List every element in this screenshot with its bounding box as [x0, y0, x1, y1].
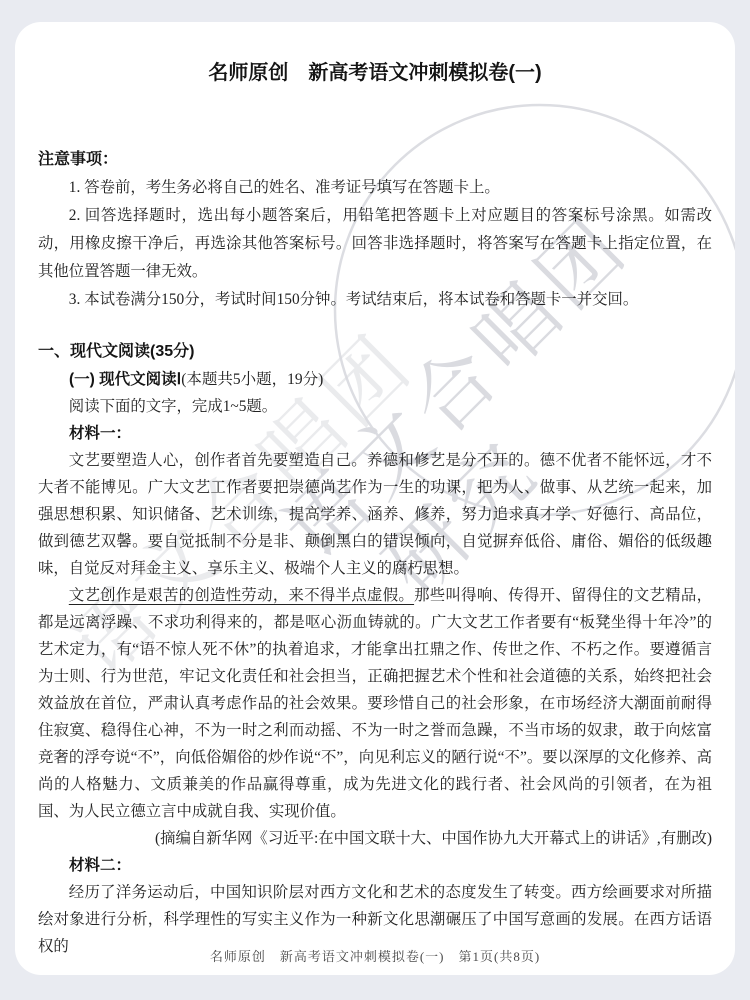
- page-footer: 名师原创 新高考语文冲刺模拟卷(一) 第1页(共8页): [15, 947, 735, 967]
- notice-item-1: 1. 答卷前，考生务必将自己的姓名、准考证号填写在答题卡上。: [38, 174, 712, 202]
- notice-heading: 注意事项：: [38, 146, 712, 174]
- notice-item-3: 3. 本试卷满分150分，考试时间150分钟。考试结束后，将本试卷和答题卡一并交…: [38, 286, 712, 314]
- paragraph-text: 那些叫得响、传得开、留得住的文艺精品，都是远离浮躁、不求功利得来的，都是呕心沥血…: [38, 587, 712, 820]
- material-1-paragraph-2: 文艺创作是艰苦的创造性劳动，来不得半点虚假。那些叫得响、传得开、留得住的文艺精品…: [38, 582, 712, 825]
- exam-paper-page: 语文合唱团 研究 语文合唱团 名师原创 新高考语文冲刺模拟卷(一) 注意事项： …: [15, 22, 735, 975]
- exam-content: 名师原创 新高考语文冲刺模拟卷(一) 注意事项： 1. 答卷前，考生务必将自己的…: [15, 58, 735, 960]
- subsection-heading-note: (本题共5小题，19分): [181, 371, 323, 388]
- subsection-heading-bold: (一) 现代文阅读Ⅰ: [69, 371, 181, 388]
- screenshot-root: 语文合唱团 研究 语文合唱团 名师原创 新高考语文冲刺模拟卷(一) 注意事项： …: [0, 0, 750, 1000]
- notice-item-2: 2. 回答选择题时，选出每小题答案后，用铅笔把答题卡上对应题目的答案标号涂黑。如…: [38, 202, 712, 286]
- exam-title: 名师原创 新高考语文冲刺模拟卷(一): [38, 58, 712, 88]
- underlined-sentence: 文艺创作是艰苦的创造性劳动，来不得半点虚假。: [69, 587, 414, 604]
- material-1-label: 材料一：: [38, 420, 712, 447]
- subsection-heading: (一) 现代文阅读Ⅰ(本题共5小题，19分): [38, 366, 712, 393]
- material-1-paragraph-1: 文艺要塑造人心，创作者首先要塑造自己。养德和修艺是分不开的。德不优者不能怀远，才…: [38, 447, 712, 582]
- section-heading: 一、现代文阅读(35分): [38, 338, 712, 366]
- reading-instruction: 阅读下面的文字，完成1~5题。: [38, 393, 712, 420]
- material-2-label: 材料二：: [38, 852, 712, 879]
- material-1-attribution: (摘编自新华网《习近平:在中国文联十大、中国作协九大开幕式上的讲话》,有删改): [38, 825, 712, 852]
